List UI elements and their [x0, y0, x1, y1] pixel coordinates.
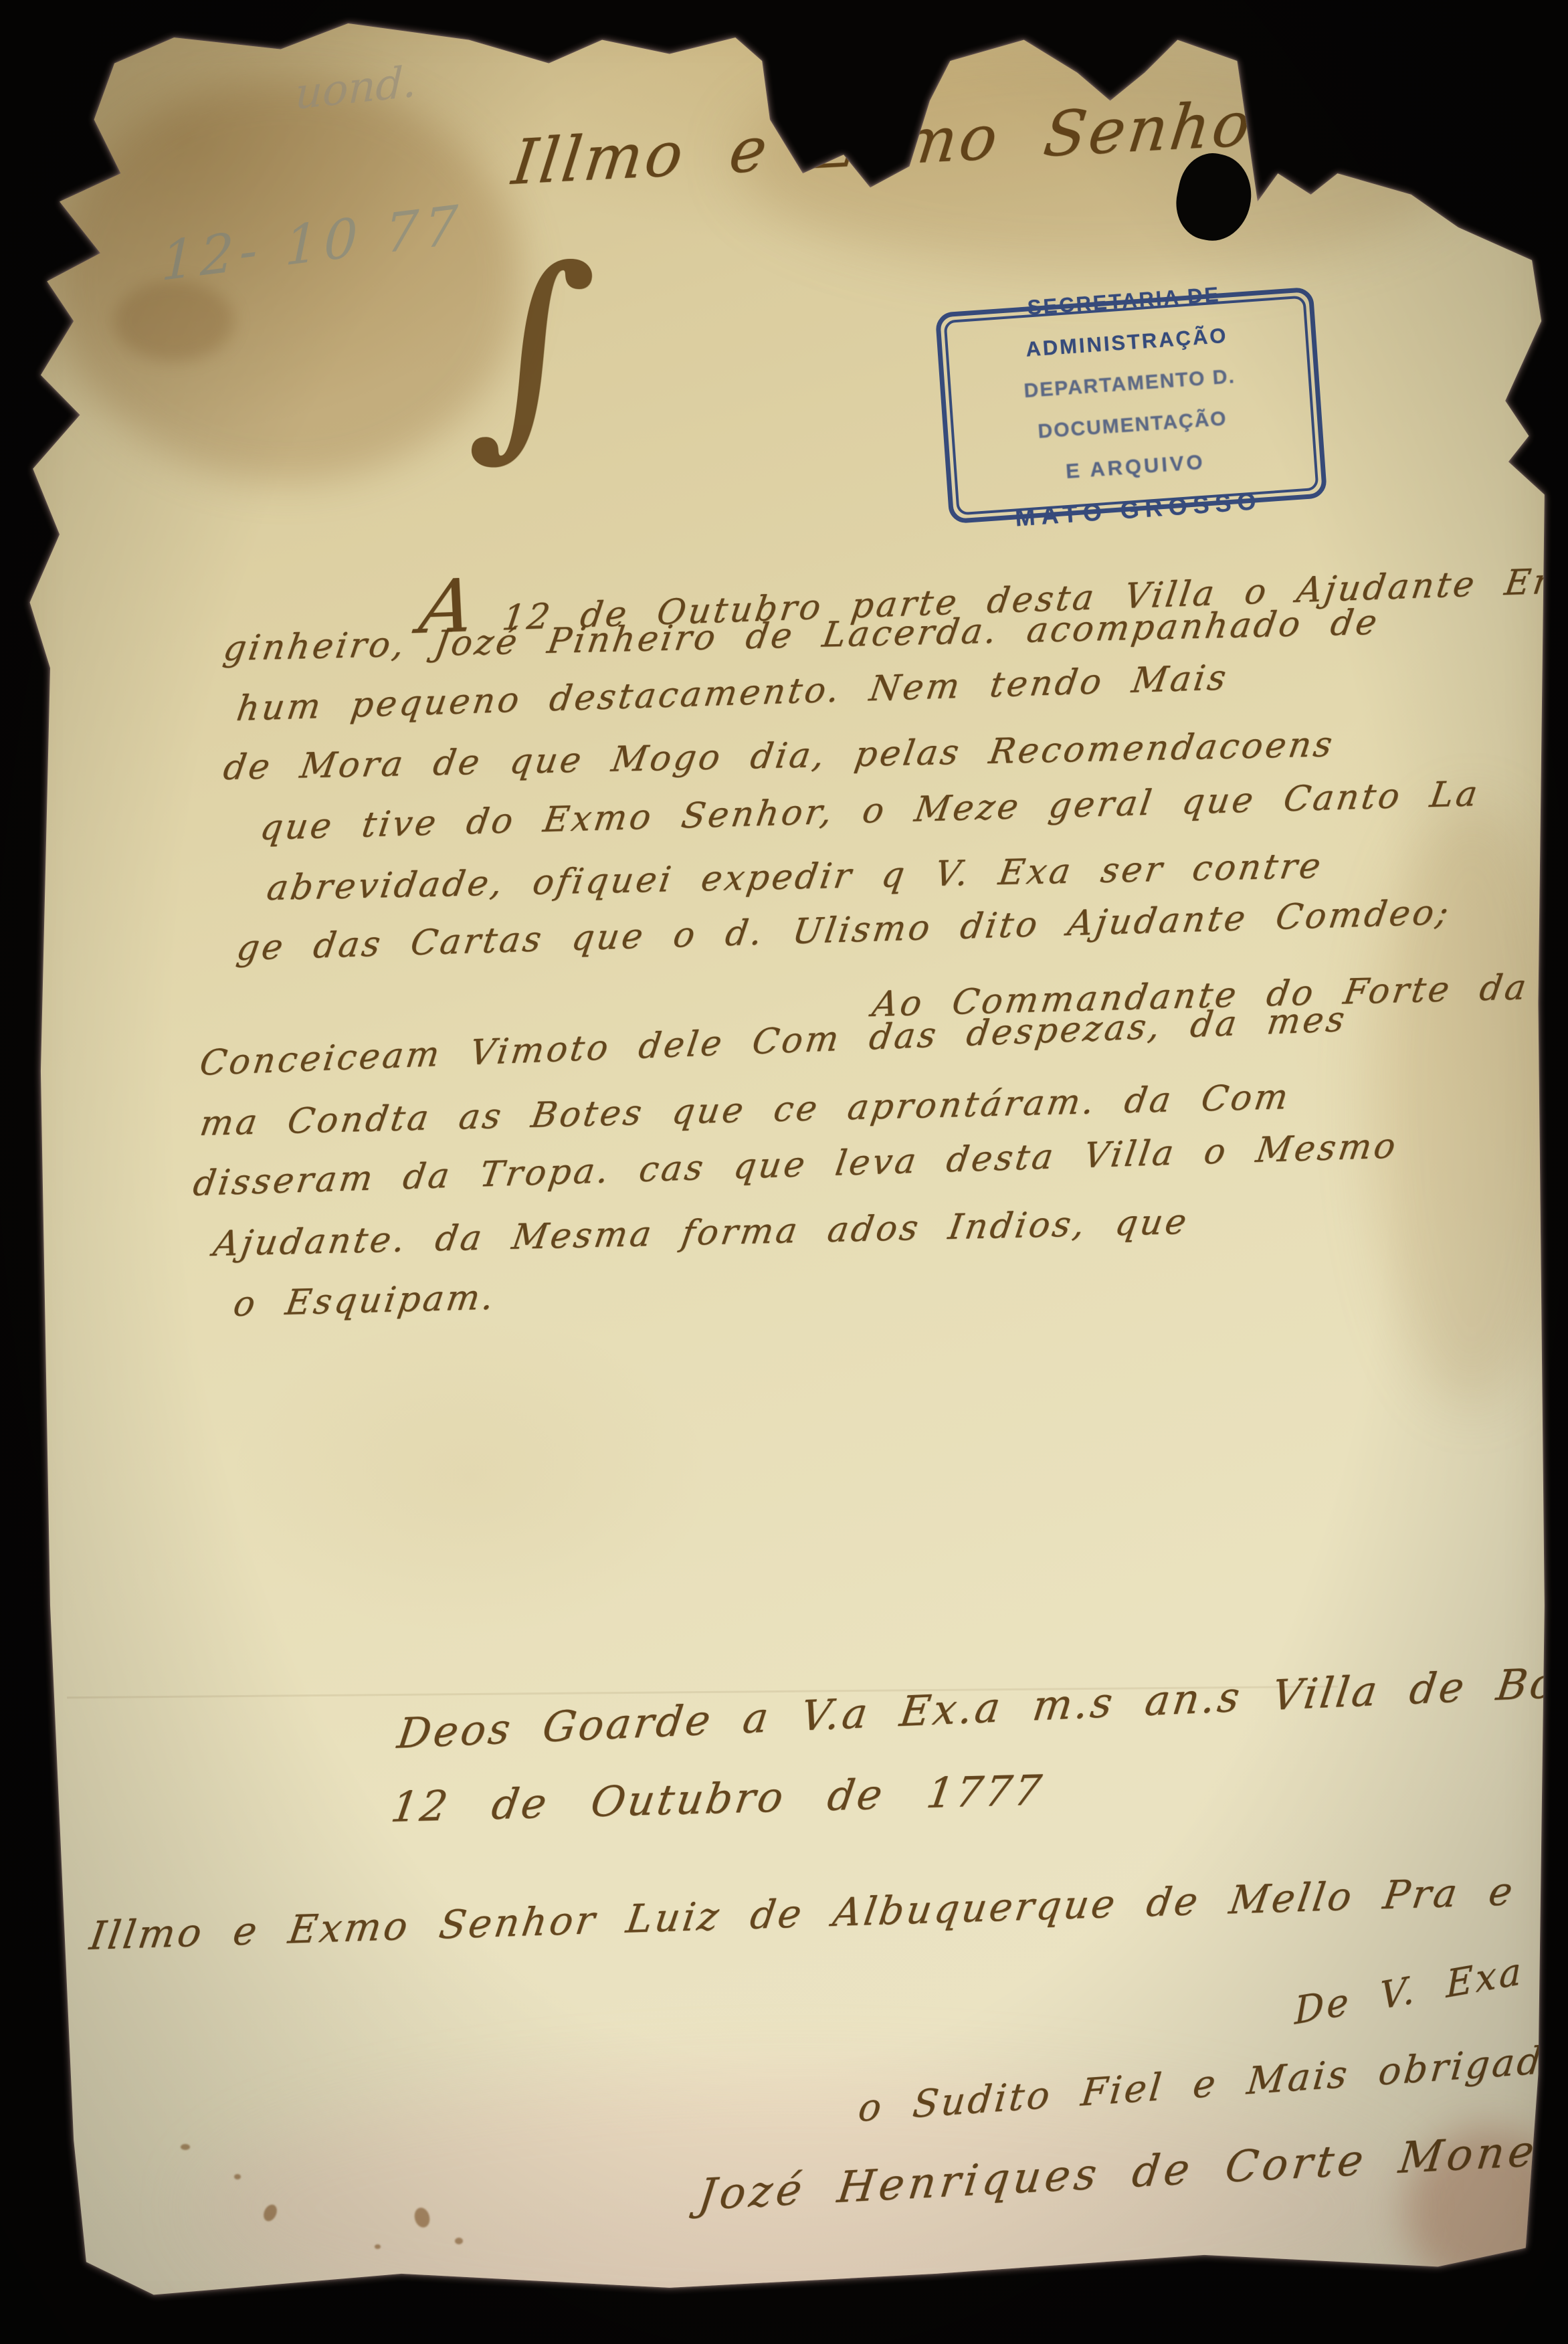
- manuscript-line: de Mora de que Mogo dia, pelas Recomenda…: [221, 724, 1337, 788]
- ink-speck: [181, 2144, 190, 2150]
- manuscript-line: hum pequeno destacamento. Nem tendo Mais: [234, 658, 1231, 729]
- signature-line: Jozé Henriques de Corte Moneida: [696, 2123, 1568, 2220]
- ink-speck: [455, 2238, 463, 2244]
- manuscript-line: Ajudante. da Mesma forma ados Indios, qu…: [211, 1202, 1191, 1264]
- stain-burnt-edge: [114, 281, 234, 361]
- ink-speck: [412, 2206, 431, 2230]
- stamp-line-3: E ARQUIVO: [1064, 442, 1207, 492]
- manuscript-line: Conceiceam Vimoto dele Com das despezas,…: [197, 999, 1349, 1084]
- manuscript-line: que tive do Exmo Senhor, o Meze geral qu…: [258, 774, 1482, 848]
- subscription-line: o Sudito Fiel e Mais obrigado: [856, 2037, 1568, 2131]
- manuscript-line: o Esquipam.: [231, 1277, 499, 1325]
- stain-top-left: [54, 80, 522, 482]
- paper-sheet: uond. 12- 10 77 SECRETARIA DE ADMINISTRA…: [0, 0, 1568, 2344]
- photo-background: { "photo": { "background_color": "#06050…: [0, 0, 1568, 2344]
- stain-right-mid: [1371, 803, 1568, 1405]
- salutation-line: Illmo e Exmo Senhor: [508, 86, 1289, 199]
- paper-wrapper: uond. 12- 10 77 SECRETARIA DE ADMINISTRA…: [0, 0, 1568, 2344]
- ink-speck: [261, 2202, 279, 2223]
- valediction-line: De V. Exa: [1294, 1949, 1524, 2034]
- stamp-line-4: MATO GROSSO: [1013, 480, 1263, 539]
- ink-speck: [375, 2244, 381, 2249]
- archive-stamp: SECRETARIA DE ADMINISTRAÇÃO DEPARTAMENTO…: [935, 287, 1328, 524]
- ink-speck: [234, 2174, 241, 2179]
- ink-flourish: ∫: [465, 221, 601, 479]
- closing-line-1: Deos Goarde a V.a Ex.a m.s an.s Villa de…: [395, 1655, 1568, 1758]
- closing-line-2: 12 de Outubro de 1777: [388, 1765, 1047, 1832]
- archive-stamp-inner-border: SECRETARIA DE ADMINISTRAÇÃO DEPARTAMENTO…: [943, 295, 1318, 515]
- address-line: Illmo e Exmo Senhor Luiz de Albuquerque …: [87, 1862, 1568, 1959]
- manuscript-line: abrevidade, ofiquei expedir q V. Exa ser…: [264, 846, 1326, 908]
- pencil-note-word: uond.: [294, 57, 417, 120]
- pencil-note-date: 12- 10 77: [161, 193, 464, 293]
